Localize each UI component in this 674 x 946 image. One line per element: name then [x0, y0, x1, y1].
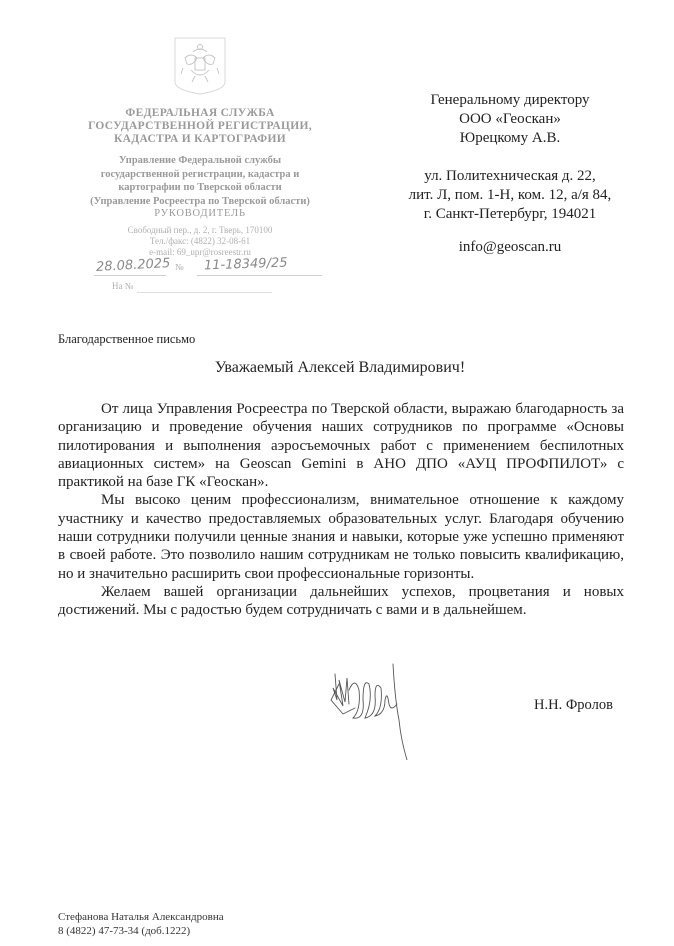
sender-address: Свободный пер., д. 2, г. Тверь, 170100 [60, 225, 340, 236]
postal-line: лит. Л, пом. 1-Н, ком. 12, а/я 84, [380, 186, 640, 205]
reference-underline [137, 292, 272, 293]
postal-line: ул. Политехническая д. 22, [380, 167, 640, 186]
addressee-email: info@geoscan.ru [380, 238, 640, 257]
handwritten-date: 28.08.2025 [96, 256, 171, 275]
number-label: № [175, 262, 184, 272]
salutation: Уважаемый Алексей Владимирович! [50, 359, 630, 377]
signatory-name: Н.Н. Фролов [534, 697, 613, 714]
letter-subject: Благодарственное письмо [58, 332, 195, 347]
letter-body: От лица Управления Росреестра по Тверско… [58, 400, 624, 620]
addressee-line: ООО «Геоскан» [380, 110, 640, 129]
addressee-line: Юрецкому А.В. [380, 129, 640, 148]
executor-info: Стефанова Наталья Александровна 8 (4822)… [58, 911, 224, 938]
sender-contacts: Свободный пер., д. 2, г. Тверь, 170100 Т… [60, 225, 340, 258]
agency-name-line: ГОСУДАРСТВЕННОЙ РЕГИСТРАЦИИ, [60, 120, 340, 133]
coat-of-arms-icon [171, 36, 229, 96]
sender-role: РУКОВОДИТЕЛЬ [60, 208, 340, 219]
addressee: Генеральному директору ООО «Геоскан» Юре… [380, 91, 640, 148]
date-underline [94, 275, 166, 276]
addressee-line: Генеральному директору [380, 91, 640, 110]
department-line: государственной регистрации, кадастра и [60, 168, 340, 182]
agency-name: ФЕДЕРАЛЬНАЯ СЛУЖБА ГОСУДАРСТВЕННОЙ РЕГИС… [60, 107, 340, 146]
agency-name-line: ФЕДЕРАЛЬНАЯ СЛУЖБА [60, 107, 340, 120]
registration-row: 28.08.2025 № 11-18349/25 [82, 258, 332, 278]
body-paragraph: Желаем вашей организации дальнейших успе… [58, 583, 624, 620]
number-underline [197, 275, 322, 276]
sender-phone: Тел./факс: (4822) 32-08-61 [60, 236, 340, 247]
body-paragraph: Мы высоко ценим профессионализм, внимате… [58, 491, 624, 582]
executor-phone: 8 (4822) 47-73-34 (доб.1222) [58, 925, 224, 939]
postal-line: г. Санкт-Петербург, 194021 [380, 205, 640, 224]
handwritten-number: 11-18349/25 [204, 256, 288, 274]
executor-name: Стефанова Наталья Александровна [58, 911, 224, 925]
department-line: (Управление Росреестра по Тверской облас… [60, 195, 340, 209]
department-name: Управление Федеральной службы государств… [60, 154, 340, 208]
department-line: картографии по Тверской области [60, 181, 340, 195]
body-paragraph: От лица Управления Росреестра по Тверско… [58, 400, 624, 491]
addressee-postal-address: ул. Политехническая д. 22, лит. Л, пом. … [380, 167, 640, 224]
sender-email: e-mail: 69_upr@rosreestr.ru [60, 247, 340, 258]
reference-label: На № [112, 281, 133, 291]
handwritten-signature-icon [325, 660, 425, 760]
department-line: Управление Федеральной службы [60, 154, 340, 168]
reference-row: На № [82, 281, 332, 295]
agency-name-line: КАДАСТРА И КАРТОГРАФИИ [60, 133, 340, 146]
